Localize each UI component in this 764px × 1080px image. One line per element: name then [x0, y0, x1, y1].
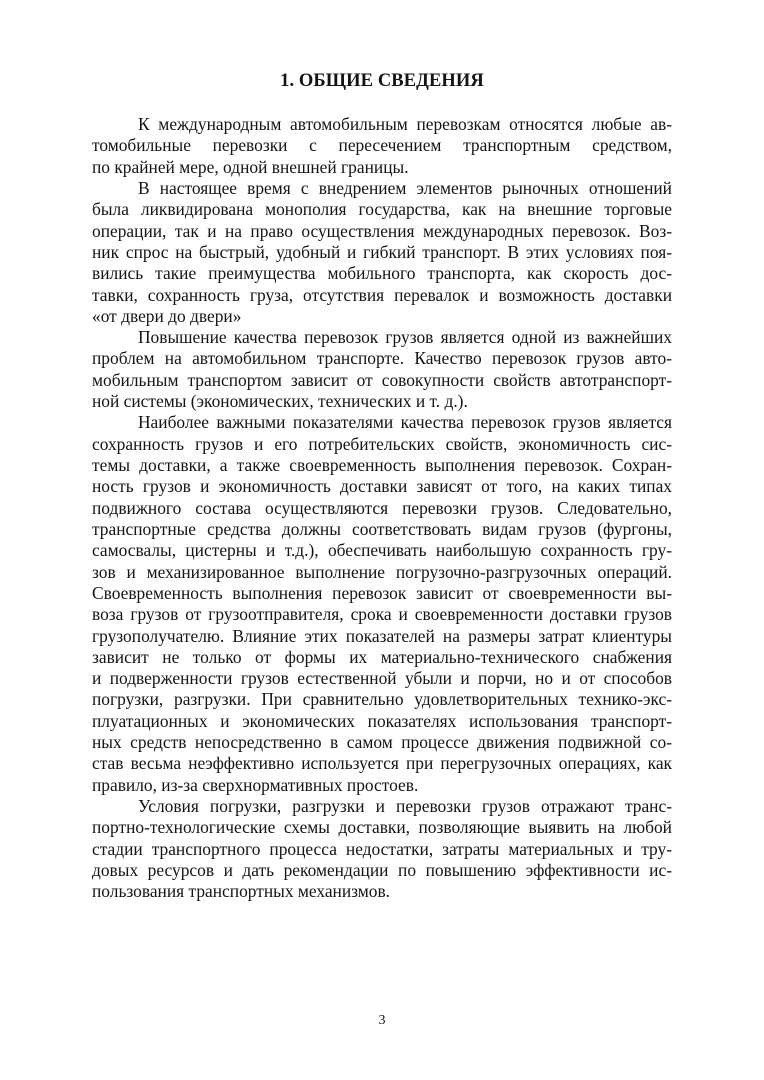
text-line: зов и механизированное выполнение погруз…	[92, 562, 672, 583]
paragraph: Повышение качества перевозок грузов явля…	[92, 327, 672, 412]
text-line: В настоящее время с внедрением элементов…	[92, 178, 672, 199]
text-line: довых ресурсов и дать рекомендации по по…	[92, 860, 672, 881]
text-line: томобильные перевозки с пересечением тра…	[92, 135, 672, 156]
text-line: «от двери до двери»	[92, 306, 672, 327]
text-line: воза грузов от грузоотправителя, срока и…	[92, 604, 672, 625]
page-number: 3	[0, 1013, 764, 1029]
text-line: Условия погрузки, разгрузки и перевозки …	[92, 796, 672, 817]
text-line: плуатационных и экономических показателя…	[92, 711, 672, 732]
document-body: К международным автомобильным перевозкам…	[92, 114, 672, 903]
text-line: ных средств непосредственно в самом проц…	[92, 732, 672, 753]
text-line: была ликвидирована монополия государства…	[92, 199, 672, 220]
text-line: Повышение качества перевозок грузов явля…	[92, 327, 672, 348]
text-line: грузополучателю. Влияние этих показателе…	[92, 626, 672, 647]
text-line: пользования транспортных механизмов.	[92, 881, 672, 902]
text-line: став весьма неэффективно используется пр…	[92, 753, 672, 774]
text-line: ной системы (экономических, технических …	[92, 391, 672, 412]
document-page: 1. ОБЩИЕ СВЕДЕНИЯ К международным автомо…	[0, 0, 764, 1080]
text-line: портно-технологические схемы доставки, п…	[92, 817, 672, 838]
text-line: тавки, сохранность груза, отсутствия пер…	[92, 285, 672, 306]
text-line: по крайней мере, одной внешней границы.	[92, 157, 672, 178]
paragraph: К международным автомобильным перевозкам…	[92, 114, 672, 178]
text-line: ность грузов и экономичность доставки за…	[92, 476, 672, 497]
text-line: вились такие преимущества мобильного тра…	[92, 263, 672, 284]
text-line: проблем на автомобильном транспорте. Кач…	[92, 348, 672, 369]
text-line: правило, из-за сверхнормативных простоев…	[92, 775, 672, 796]
section-title: 1. ОБЩИЕ СВЕДЕНИЯ	[0, 71, 764, 92]
text-line: Своевременность выполнения перевозок зав…	[92, 583, 672, 604]
text-line: и подверженности грузов естественной убы…	[92, 668, 672, 689]
text-line: стадии транспортного процесса недостатки…	[92, 839, 672, 860]
text-line: подвижного состава осуществляются перево…	[92, 498, 672, 519]
text-line: мобильным транспортом зависит от совокуп…	[92, 370, 672, 391]
text-line: сохранность грузов и его потребительских…	[92, 434, 672, 455]
text-line: операции, так и на право осуществления м…	[92, 221, 672, 242]
text-line: темы доставки, а также своевременность в…	[92, 455, 672, 476]
text-line: погрузки, разгрузки. При сравнительно уд…	[92, 689, 672, 710]
paragraph: Условия погрузки, разгрузки и перевозки …	[92, 796, 672, 903]
text-line: самосвалы, цистерны и т.д.), обеспечиват…	[92, 540, 672, 561]
paragraph: Наиболее важными показателями качества п…	[92, 412, 672, 796]
text-line: К международным автомобильным перевозкам…	[92, 114, 672, 135]
paragraph: В настоящее время с внедрением элементов…	[92, 178, 672, 327]
text-line: ник спрос на быстрый, удобный и гибкий т…	[92, 242, 672, 263]
text-line: зависит не только от формы их материальн…	[92, 647, 672, 668]
text-line: Наиболее важными показателями качества п…	[92, 412, 672, 433]
text-line: транспортные средства должны соответство…	[92, 519, 672, 540]
